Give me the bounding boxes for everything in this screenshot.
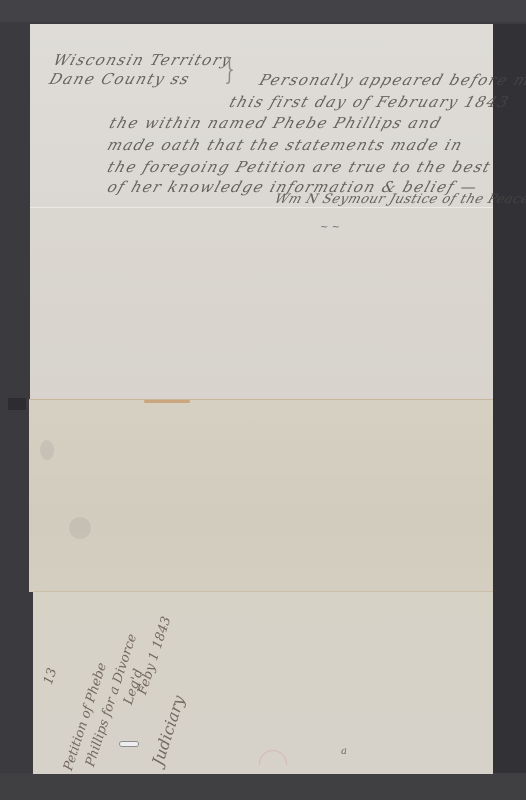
heading-line-1: Wisconsin Territory xyxy=(51,51,235,69)
pink-mark xyxy=(259,750,287,765)
rust-stain xyxy=(144,400,190,403)
paper-notch xyxy=(8,398,26,410)
staple-clip xyxy=(119,741,139,747)
document-viewer: Wisconsin Territory Dane County ss } Per… xyxy=(0,0,526,800)
mat-right xyxy=(493,24,526,774)
body-line-5: the foregoing Petition are true to the b… xyxy=(105,158,494,176)
body-line-1: Personally appeared before me xyxy=(257,71,526,89)
mat-bottom xyxy=(0,773,526,800)
smudge xyxy=(69,517,91,539)
brace-mark: } xyxy=(224,52,235,87)
faint-marks: ~ ~ xyxy=(320,222,340,233)
body-line-3: the within named Phebe Phillips and xyxy=(107,114,444,132)
fold-panel-3 xyxy=(29,399,493,592)
endorsement-number: 13 xyxy=(41,666,60,686)
body-line-2: this first day of February 1843 xyxy=(227,93,512,111)
endorsement-line-5: Judiciary xyxy=(148,693,188,768)
endorsement-line-4: Feby 1 1843 xyxy=(135,615,174,697)
body-line-4: made oath that the statements made in xyxy=(105,136,466,154)
smudge xyxy=(40,440,54,460)
fold-panel-1: Wisconsin Territory Dane County ss } Per… xyxy=(30,24,493,207)
document-page: Wisconsin Territory Dane County ss } Per… xyxy=(30,24,493,774)
fold-panel-2: ~ ~ xyxy=(30,207,493,400)
pencil-mark: a xyxy=(341,746,347,757)
mat-top xyxy=(0,0,526,22)
fold-panel-4: 13 Petition of Phebe Phillips for a Divo… xyxy=(33,591,493,774)
signature: Wm N Seymour Justice of the Peace xyxy=(273,192,526,207)
heading-line-2: Dane County ss xyxy=(47,70,193,88)
